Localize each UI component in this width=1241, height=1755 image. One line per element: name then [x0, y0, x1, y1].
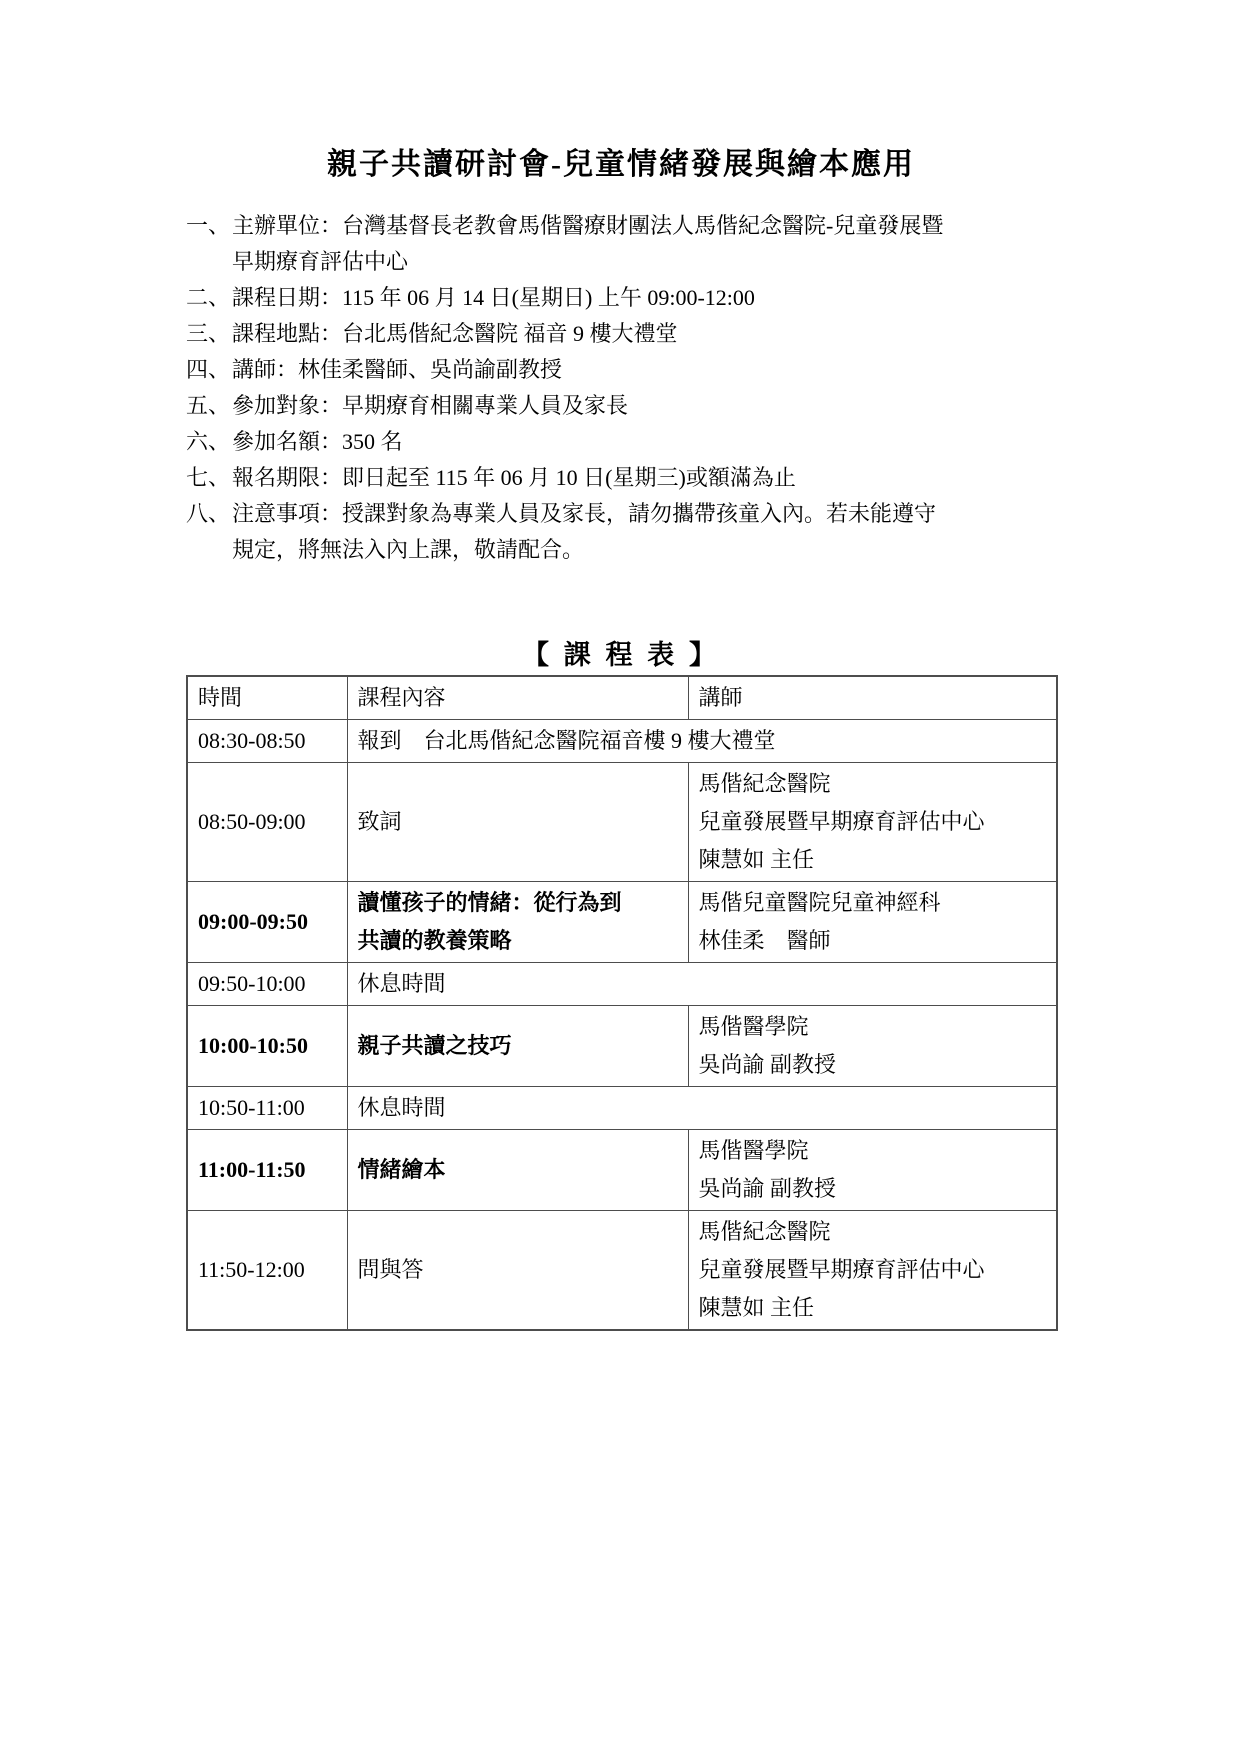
content-cell: 問與答 — [347, 1211, 688, 1331]
content-cell: 休息時間 — [347, 1087, 1057, 1130]
lecturer-line: 陳慧如 主任 — [699, 841, 1047, 879]
info-text: 報名期限：即日起至 115 年 06 月 10 日(星期三)或額滿為止 — [232, 465, 796, 490]
schedule-row-session1: 09:00-09:50 讀懂孩子的情緒：從行為到 共讀的教養策略 馬偕兒童醫院兒… — [187, 882, 1057, 963]
schedule-row-checkin: 08:30-08:50 報到 台北馬偕紀念醫院福音樓 9 樓大禮堂 — [187, 720, 1057, 763]
lecturer-line: 吳尚諭 副教授 — [699, 1046, 1047, 1084]
lecturer-cell: 馬偕醫學院 吳尚諭 副教授 — [688, 1006, 1057, 1087]
content-line: 讀懂孩子的情緒：從行為到 — [358, 884, 678, 922]
info-list: 一、主辦單位：台灣基督長老教會馬偕醫療財團法人馬偕紀念醫院-兒童發展暨 早期療育… — [186, 208, 1056, 568]
schedule-row-session2: 10:00-10:50 親子共讀之技巧 馬偕醫學院 吳尚諭 副教授 — [187, 1006, 1057, 1087]
time-cell: 08:30-08:50 — [187, 720, 347, 763]
info-text: 參加名額：350 名 — [232, 429, 403, 454]
list-marker: 八、 — [186, 496, 230, 532]
info-text: 主辦單位：台灣基督長老教會馬偕醫療財團法人馬偕紀念醫院-兒童發展暨 — [232, 213, 943, 238]
column-header-lecturer: 講師 — [688, 676, 1057, 720]
time-cell: 08:50-09:00 — [187, 763, 347, 882]
time-cell: 11:00-11:50 — [187, 1130, 347, 1211]
time-cell: 10:00-10:50 — [187, 1006, 347, 1087]
lecturer-cell: 馬偕兒童醫院兒童神經科 林佳柔 醫師 — [688, 882, 1057, 963]
info-item-location: 三、課程地點：台北馬偕紀念醫院 福音 9 樓大禮堂 — [186, 316, 1056, 352]
time-cell: 09:50-10:00 — [187, 963, 347, 1006]
info-text-continuation: 早期療育評估中心 — [232, 244, 1056, 280]
info-text: 課程日期：115 年 06 月 14 日(星期日) 上午 09:00-12:00 — [232, 285, 755, 310]
lecturer-line: 陳慧如 主任 — [699, 1289, 1047, 1327]
list-marker: 七、 — [186, 460, 230, 496]
content-cell: 讀懂孩子的情緒：從行為到 共讀的教養策略 — [347, 882, 688, 963]
lecturer-line: 兒童發展暨早期療育評估中心 — [699, 803, 1047, 841]
list-marker: 四、 — [186, 352, 230, 388]
schedule-row-session3: 11:00-11:50 情緒繪本 馬偕醫學院 吳尚諭 副教授 — [187, 1130, 1057, 1211]
schedule-header-row: 時間 課程內容 講師 — [187, 676, 1057, 720]
info-item-lecturers: 四、講師：林佳柔醫師、吳尚諭副教授 — [186, 352, 1056, 388]
lecturer-cell: 馬偕醫學院 吳尚諭 副教授 — [688, 1130, 1057, 1211]
lecturer-line: 馬偕紀念醫院 — [699, 1213, 1047, 1251]
time-cell: 11:50-12:00 — [187, 1211, 347, 1331]
content-line: 休息時間 — [358, 965, 1047, 1003]
content-line: 致詞 — [358, 803, 678, 841]
schedule-row-break1: 09:50-10:00 休息時間 — [187, 963, 1057, 1006]
lecturer-cell: 馬偕紀念醫院 兒童發展暨早期療育評估中心 陳慧如 主任 — [688, 1211, 1057, 1331]
info-item-organizer: 一、主辦單位：台灣基督長老教會馬偕醫療財團法人馬偕紀念醫院-兒童發展暨 早期療育… — [186, 208, 1056, 280]
lecturer-line: 馬偕醫學院 — [699, 1008, 1047, 1046]
info-text: 參加對象：早期療育相關專業人員及家長 — [232, 393, 628, 418]
content-line: 親子共讀之技巧 — [358, 1027, 678, 1065]
schedule-row-qa: 11:50-12:00 問與答 馬偕紀念醫院 兒童發展暨早期療育評估中心 陳慧如… — [187, 1211, 1057, 1331]
document-page: 親子共讀研討會-兒童情緒發展與繪本應用 一、主辦單位：台灣基督長老教會馬偕醫療財… — [0, 0, 1241, 1755]
schedule-heading: 【 課 程 表 】 — [186, 638, 1056, 672]
content-line: 問與答 — [358, 1251, 678, 1289]
column-header-time: 時間 — [187, 676, 347, 720]
page-title: 親子共讀研討會-兒童情緒發展與繪本應用 — [186, 146, 1056, 184]
info-item-date: 二、課程日期：115 年 06 月 14 日(星期日) 上午 09:00-12:… — [186, 280, 1056, 316]
info-text-continuation: 規定，將無法入內上課，敬請配合。 — [232, 532, 1056, 568]
lecturer-line: 馬偕兒童醫院兒童神經科 — [699, 884, 1047, 922]
lecturer-line: 兒童發展暨早期療育評估中心 — [699, 1251, 1047, 1289]
lecturer-cell: 馬偕紀念醫院 兒童發展暨早期療育評估中心 陳慧如 主任 — [688, 763, 1057, 882]
column-header-content: 課程內容 — [347, 676, 688, 720]
content-line: 共讀的教養策略 — [358, 922, 678, 960]
content-cell: 親子共讀之技巧 — [347, 1006, 688, 1087]
content-line: 休息時間 — [358, 1089, 1047, 1127]
schedule-row-opening: 08:50-09:00 致詞 馬偕紀念醫院 兒童發展暨早期療育評估中心 陳慧如 … — [187, 763, 1057, 882]
content-cell: 情緒繪本 — [347, 1130, 688, 1211]
lecturer-line: 馬偕醫學院 — [699, 1132, 1047, 1170]
info-text: 講師：林佳柔醫師、吳尚諭副教授 — [232, 357, 562, 382]
list-marker: 二、 — [186, 280, 230, 316]
content-cell: 休息時間 — [347, 963, 1057, 1006]
list-marker: 三、 — [186, 316, 230, 352]
info-text: 課程地點：台北馬偕紀念醫院 福音 9 樓大禮堂 — [232, 321, 678, 346]
info-item-notes: 八、注意事項：授課對象為專業人員及家長，請勿攜帶孩童入內。若未能遵守 規定，將無… — [186, 496, 1056, 568]
info-item-audience: 五、參加對象：早期療育相關專業人員及家長 — [186, 388, 1056, 424]
info-item-deadline: 七、報名期限：即日起至 115 年 06 月 10 日(星期三)或額滿為止 — [186, 460, 1056, 496]
lecturer-line: 林佳柔 醫師 — [699, 922, 1047, 960]
time-cell: 10:50-11:00 — [187, 1087, 347, 1130]
info-item-quota: 六、參加名額：350 名 — [186, 424, 1056, 460]
schedule-table: 時間 課程內容 講師 08:30-08:50 報到 台北馬偕紀念醫院福音樓 9 … — [186, 675, 1058, 1331]
lecturer-line: 馬偕紀念醫院 — [699, 765, 1047, 803]
time-cell: 09:00-09:50 — [187, 882, 347, 963]
content-cell: 報到 台北馬偕紀念醫院福音樓 9 樓大禮堂 — [347, 720, 1057, 763]
schedule-row-break2: 10:50-11:00 休息時間 — [187, 1087, 1057, 1130]
list-marker: 五、 — [186, 388, 230, 424]
list-marker: 一、 — [186, 208, 230, 244]
content-cell: 致詞 — [347, 763, 688, 882]
content-line: 報到 台北馬偕紀念醫院福音樓 9 樓大禮堂 — [358, 722, 1047, 760]
info-text: 注意事項：授課對象為專業人員及家長，請勿攜帶孩童入內。若未能遵守 — [232, 501, 936, 526]
content-line: 情緒繪本 — [358, 1151, 678, 1189]
lecturer-line: 吳尚諭 副教授 — [699, 1170, 1047, 1208]
list-marker: 六、 — [186, 424, 230, 460]
